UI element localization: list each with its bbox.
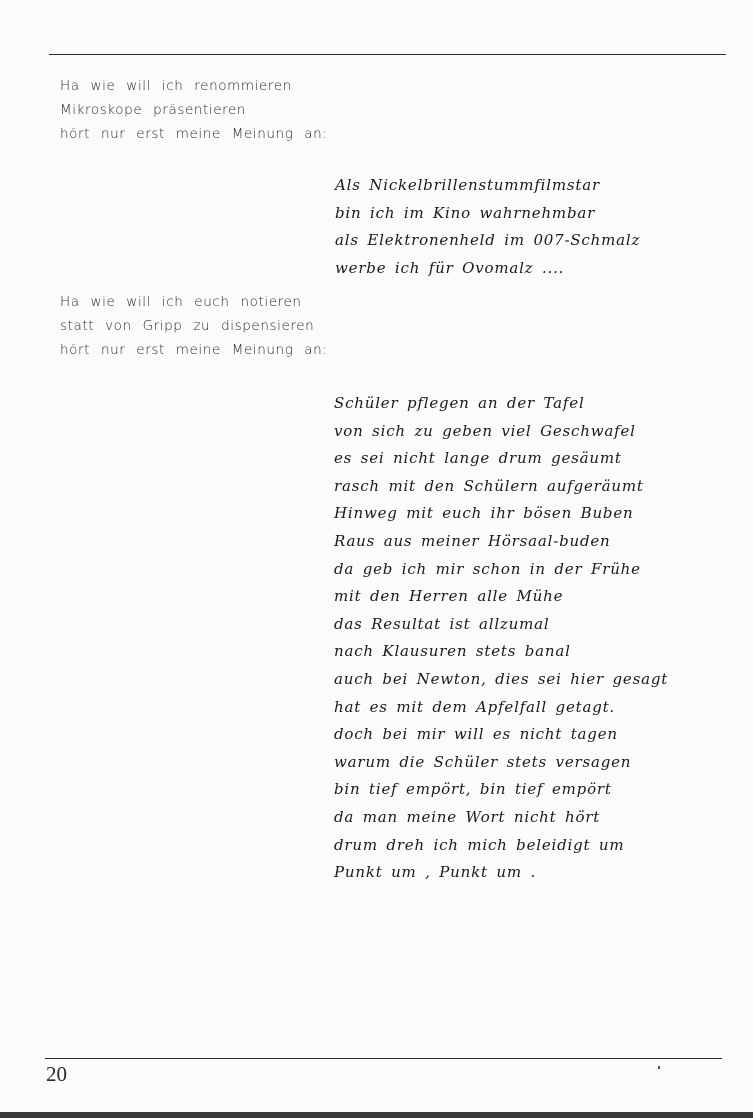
right-stanza-2: Schüler pflegen an der Tafel von sich zu…: [334, 390, 668, 887]
verse-line: drum dreh ich mich beleidigt um: [334, 832, 668, 860]
verse-line: Ha wie will ich renommieren: [60, 74, 327, 98]
right-stanza-1: Als Nickelbrillenstummfilmstar bin ich i…: [335, 172, 640, 282]
verse-line: als Elektronenheld im 007-Schmalz: [335, 227, 640, 255]
verse-line: Ha wie will ich euch notieren: [60, 290, 327, 314]
verse-line: doch bei mir will es nicht tagen: [334, 721, 668, 749]
verse-line: statt von Gripp zu dispensieren: [60, 314, 327, 338]
verse-line: Als Nickelbrillenstummfilmstar: [335, 172, 640, 200]
verse-line: hört nur erst meine Meinung an:: [60, 338, 327, 362]
verse-line: Punkt um , Punkt um .: [334, 859, 668, 887]
verse-line: Raus aus meiner Hörsaal-buden: [334, 528, 668, 556]
left-stanza-1: Ha wie will ich renommieren Mikroskope p…: [60, 74, 327, 146]
page-number: 20: [46, 1062, 67, 1087]
verse-line: nach Klausuren stets banal: [334, 638, 668, 666]
verse-line: auch bei Newton, dies sei hier gesagt: [334, 666, 668, 694]
verse-line: werbe ich für Ovomalz ....: [335, 255, 640, 283]
verse-line: Schüler pflegen an der Tafel: [334, 390, 668, 418]
verse-line: hat es mit dem Apfelfall getagt.: [334, 694, 668, 722]
top-rule: [49, 54, 726, 55]
verse-line: Hinweg mit euch ihr bösen Buben: [334, 500, 668, 528]
verse-line: Mikroskope präsentieren: [60, 98, 327, 122]
verse-line: es sei nicht lange drum gesäumt: [334, 445, 668, 473]
left-stanza-2: Ha wie will ich euch notieren statt von …: [60, 290, 327, 362]
verse-line: bin ich im Kino wahrnehmbar: [335, 200, 640, 228]
verse-line: das Resultat ist allzumal: [334, 611, 668, 639]
scan-speck: [658, 1066, 660, 1069]
verse-line: rasch mit den Schülern aufgeräumt: [334, 473, 668, 501]
verse-line: da man meine Wort nicht hört: [334, 804, 668, 832]
verse-line: warum die Schüler stets versagen: [334, 749, 668, 777]
verse-line: da geb ich mir schon in der Frühe: [334, 556, 668, 584]
bottom-rule: [45, 1058, 722, 1059]
verse-line: bin tief empört, bin tief empört: [334, 776, 668, 804]
verse-line: mit den Herren alle Mühe: [334, 583, 668, 611]
verse-line: hört nur erst meine Meinung an:: [60, 122, 327, 146]
page-edge: [0, 1112, 753, 1118]
verse-line: von sich zu geben viel Geschwafel: [334, 418, 668, 446]
